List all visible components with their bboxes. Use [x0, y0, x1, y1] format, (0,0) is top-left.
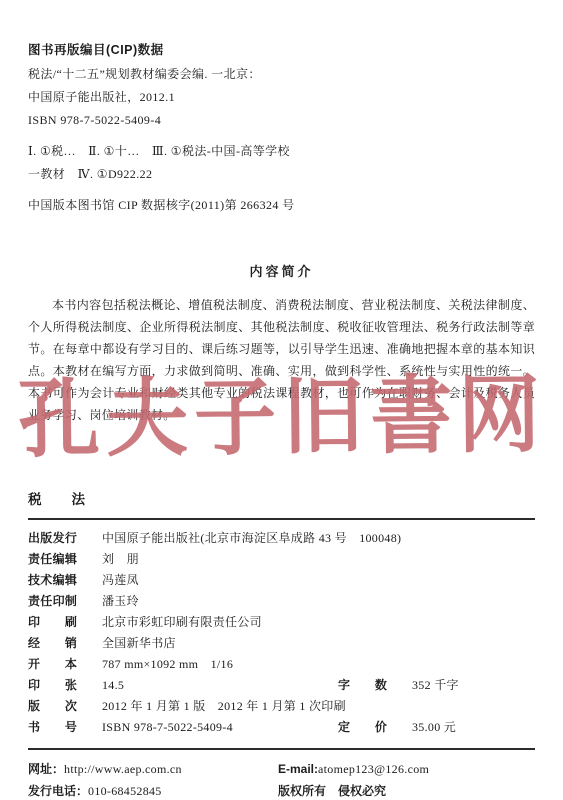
website-cell: 网址：http://www.aep.com.cn: [28, 758, 278, 780]
cip-registry-line: 中国版本图书馆 CIP 数据核字(2011)第 266324 号: [28, 194, 535, 217]
colophon-value-secondary: 352 千字: [412, 675, 459, 696]
email-cell: E-mail:atomep123@126.com: [278, 758, 429, 780]
colophon-value: 2012 年 1 月第 1 版 2012 年 1 月第 1 次印刷: [102, 696, 346, 717]
intro-paragraph: 本书内容包括税法概论、增值税法制度、消费税法制度、营业税法制度、关税法律制度、个…: [28, 294, 535, 426]
cip-heading: 图书再版编目(CIP)数据: [28, 40, 535, 58]
divider-bottom: [28, 748, 535, 750]
colophon-label: 印 刷: [28, 612, 90, 633]
email-label: E-mail:: [278, 762, 318, 776]
phone-label: 发行电话：: [28, 784, 88, 798]
colophon-rows: 出版发行中国原子能出版社(北京市海淀区阜成路 43 号 100048)责任编辑刘…: [28, 528, 535, 738]
colophon-label: 责任印制: [28, 591, 90, 612]
copyright-notice: 版权所有 侵权必究: [278, 780, 386, 800]
intro-heading: 内容简介: [28, 261, 535, 280]
cip-block: 税法/“十二五”规划教材编委会编. 一北京： 中国原子能出版社，2012.1 I…: [28, 63, 535, 217]
colophon-row: 经 销全国新华书店: [28, 633, 535, 654]
cip-publisher-line: 中国原子能出版社，2012.1: [28, 86, 535, 109]
phone-number: 010-68452845: [88, 784, 162, 798]
copyright-page: 图书再版编目(CIP)数据 税法/“十二五”规划教材编委会编. 一北京： 中国原…: [0, 0, 563, 800]
colophon-value: 14.5: [102, 675, 338, 696]
colophon-label: 出版发行: [28, 528, 90, 549]
colophon-label-secondary: 字 数: [338, 675, 400, 696]
footer-row-1: 网址：http://www.aep.com.cn E-mail:atomep12…: [28, 758, 535, 780]
colophon-label: 版 次: [28, 696, 90, 717]
footer-row-2: 发行电话：010-68452845 版权所有 侵权必究: [28, 780, 535, 800]
colophon-row: 开 本787 mm×1092 mm 1/16: [28, 654, 535, 675]
colophon-value: ISBN 978-7-5022-5409-4: [102, 717, 338, 738]
colophon-label: 技术编辑: [28, 570, 90, 591]
colophon-value: 全国新华书店: [102, 633, 176, 654]
colophon-label: 责任编辑: [28, 549, 90, 570]
colophon-row: 技术编辑冯莲凤: [28, 570, 535, 591]
book-title: 税 法: [28, 488, 535, 508]
colophon-row: 书 号ISBN 978-7-5022-5409-4定 价35.00 元: [28, 717, 535, 738]
colophon-row: 版 次2012 年 1 月第 1 版 2012 年 1 月第 1 次印刷: [28, 696, 535, 717]
colophon-label: 书 号: [28, 717, 90, 738]
colophon-value: 冯莲凤: [102, 570, 139, 591]
page-content: 图书再版编目(CIP)数据 税法/“十二五”规划教材编委会编. 一北京： 中国原…: [0, 40, 563, 800]
colophon-value-secondary: 35.00 元: [412, 717, 456, 738]
colophon-value: 北京市彩虹印刷有限责任公司: [102, 612, 262, 633]
cip-isbn-line: ISBN 978-7-5022-5409-4: [28, 109, 535, 132]
colophon-row: 责任印制潘玉玲: [28, 591, 535, 612]
colophon-label-secondary: 定 价: [338, 717, 400, 738]
cip-title-line: 税法/“十二五”规划教材编委会编. 一北京：: [28, 63, 535, 86]
colophon-value: 潘玉玲: [102, 591, 139, 612]
colophon-value: 刘 朋: [102, 549, 139, 570]
divider-top: [28, 518, 535, 520]
colophon-label: 印 张: [28, 675, 90, 696]
colophon-label: 开 本: [28, 654, 90, 675]
website-url: http://www.aep.com.cn: [64, 762, 182, 776]
footer-block: 网址：http://www.aep.com.cn E-mail:atomep12…: [28, 758, 535, 800]
website-label: 网址：: [28, 762, 64, 776]
phone-cell: 发行电话：010-68452845: [28, 780, 278, 800]
colophon-row: 印 张14.5字 数352 千字: [28, 675, 535, 696]
colophon-label: 经 销: [28, 633, 90, 654]
email-address: atomep123@126.com: [318, 762, 429, 776]
colophon-row: 责任编辑刘 朋: [28, 549, 535, 570]
colophon-value: 787 mm×1092 mm 1/16: [102, 654, 233, 675]
colophon-row: 出版发行中国原子能出版社(北京市海淀区阜成路 43 号 100048): [28, 528, 535, 549]
cip-classification-line: Ⅰ. ①税… Ⅱ. ①十… Ⅲ. ①税法-中国-高等学校: [28, 140, 535, 163]
colophon-row: 印 刷北京市彩虹印刷有限责任公司: [28, 612, 535, 633]
cip-classification-line2: 一教材 Ⅳ. ①D922.22: [28, 163, 535, 186]
colophon-value: 中国原子能出版社(北京市海淀区阜成路 43 号 100048): [102, 528, 401, 549]
